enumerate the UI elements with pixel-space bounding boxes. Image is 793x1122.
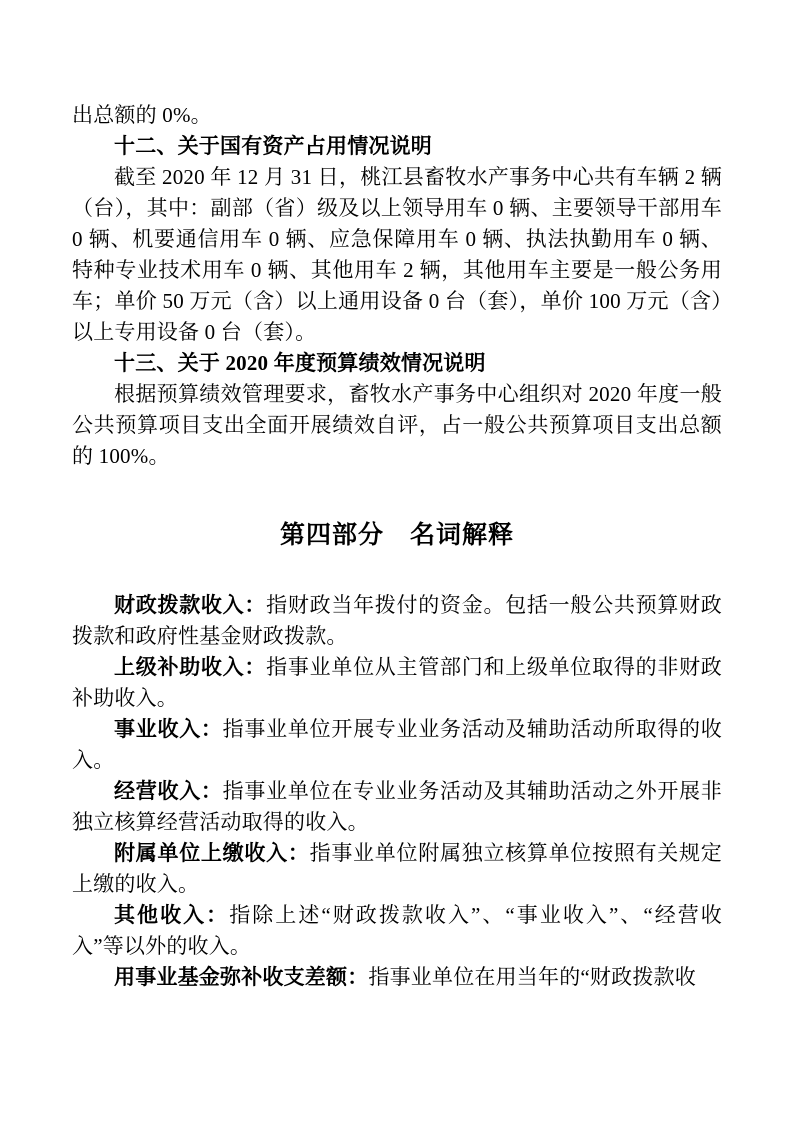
definition-term: 事业收入： — [114, 717, 223, 741]
definition-other-income: 其他收入：指除上述“财政拨款收入”、“事业收入”、“经营收入”等以外的收入。 — [72, 900, 722, 962]
heading-section-12: 十二、关于国有资产占用情况说明 — [72, 131, 722, 162]
part-four-title: 第四部分 名词解释 — [72, 517, 722, 554]
paragraph-budget-performance: 根据预算绩效管理要求，畜牧水产事务中心组织对 2020 年度一般公共预算项目支出… — [72, 379, 722, 472]
definition-fund-deficit-coverage: 用事业基金弥补收支差额：指事业单位在用当年的“财政拨款收 — [72, 962, 722, 993]
heading-section-13: 十三、关于 2020 年度预算绩效情况说明 — [72, 348, 722, 379]
definition-term: 其他收入： — [114, 903, 229, 927]
paragraph-continuation: 出总额的 0%。 — [72, 100, 722, 131]
definition-operating-income: 经营收入：指事业单位在专业业务活动及其辅助活动之外开展非独立核算经营活动取得的收… — [72, 776, 722, 838]
paragraph-state-asset-usage: 截至 2020 年 12 月 31 日，桃江县畜牧水产事务中心共有车辆 2 辆（… — [72, 162, 722, 348]
definition-term: 财政拨款收入： — [114, 593, 266, 617]
document-page: 出总额的 0%。 十二、关于国有资产占用情况说明 截至 2020 年 12 月 … — [0, 0, 793, 1122]
definition-term: 附属单位上缴收入： — [114, 841, 310, 865]
definition-term: 用事业基金弥补收支差额： — [114, 965, 368, 989]
definition-text: 指事业单位在用当年的“财政拨款收 — [368, 965, 696, 989]
definition-superior-subsidy-income: 上级补助收入：指事业单位从主管部门和上级单位取得的非财政补助收入。 — [72, 652, 722, 714]
definition-term: 经营收入： — [114, 779, 223, 803]
definition-fiscal-appropriation-income: 财政拨款收入：指财政当年拨付的资金。包括一般公共预算财政拨款和政府性基金财政拨款… — [72, 590, 722, 652]
definition-institutional-income: 事业收入：指事业单位开展专业业务活动及辅助活动所取得的收入。 — [72, 714, 722, 776]
definition-affiliated-unit-turnover-income: 附属单位上缴收入：指事业单位附属独立核算单位按照有关规定上缴的收入。 — [72, 838, 722, 900]
definition-term: 上级补助收入： — [114, 655, 266, 679]
